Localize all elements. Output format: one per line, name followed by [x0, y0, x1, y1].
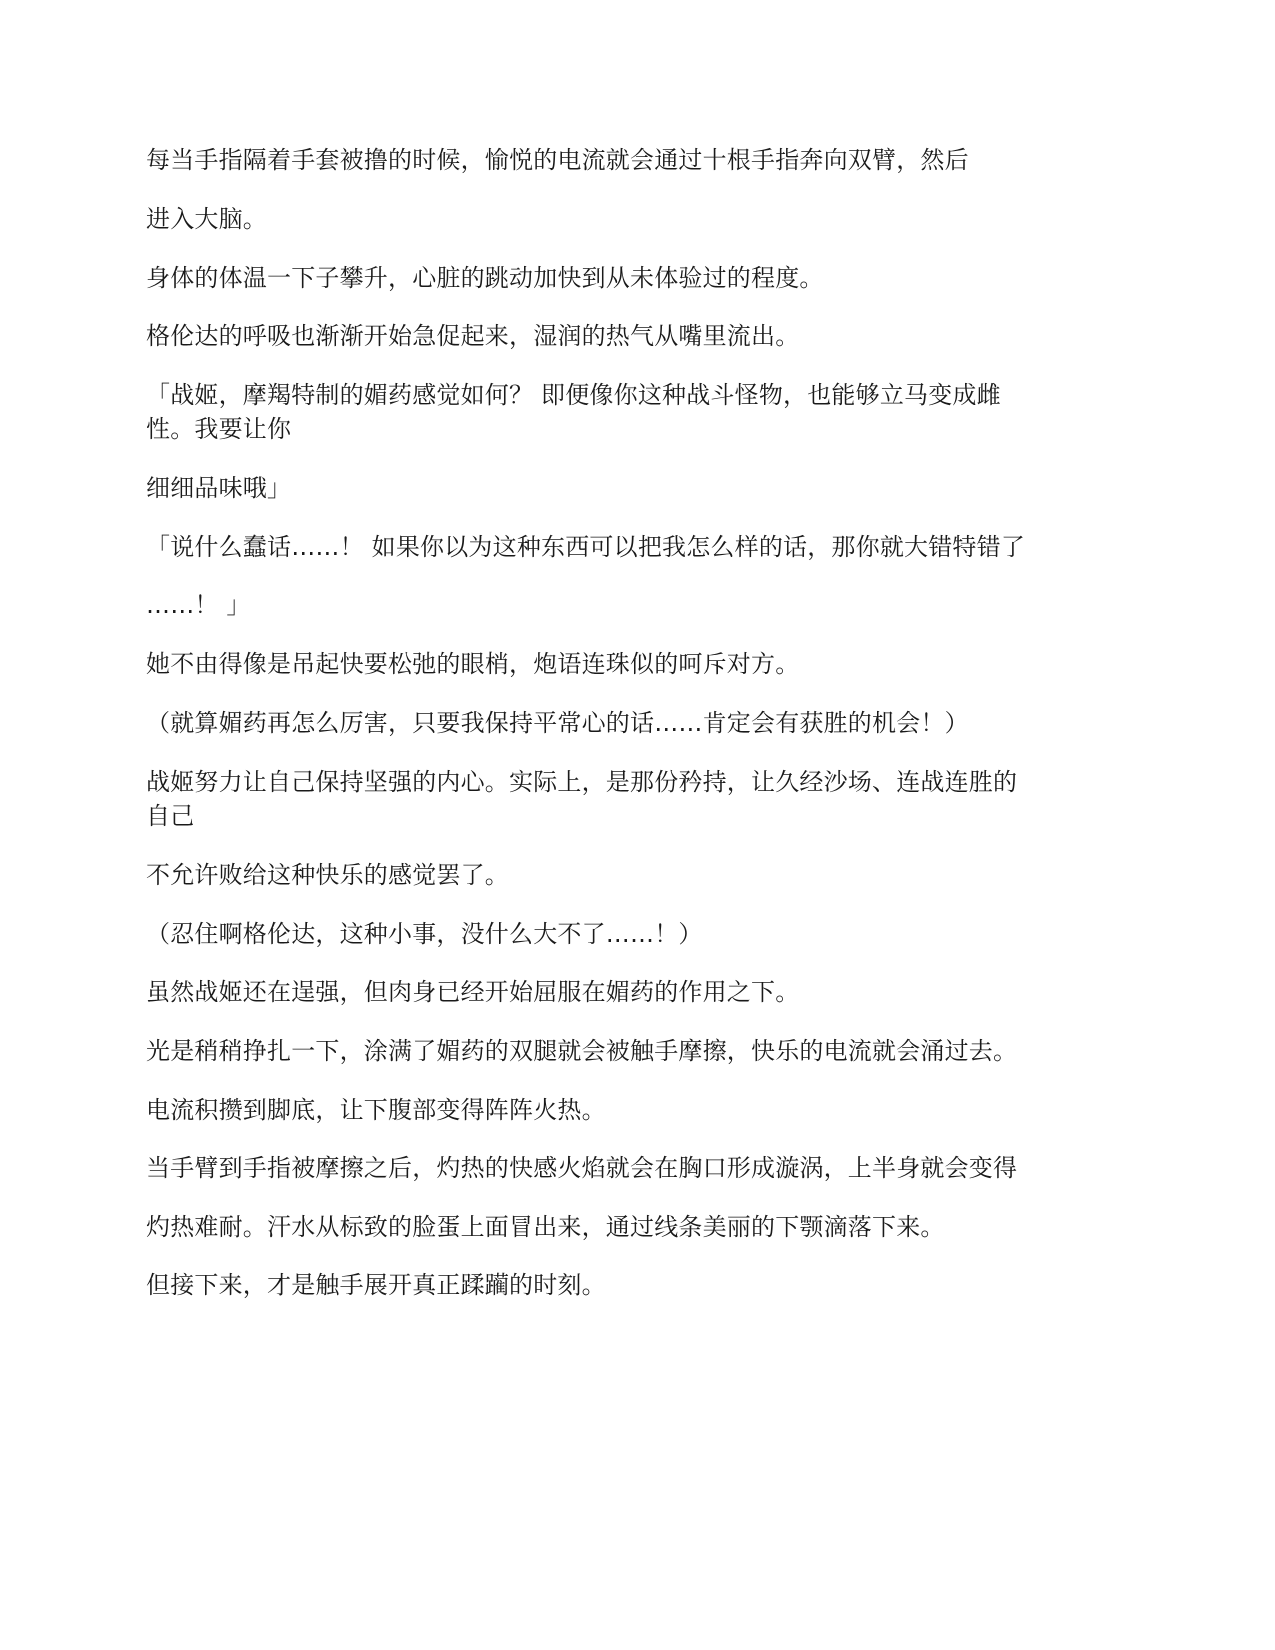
text-line: 但接下来，才是触手展开真正蹂躏的时刻。	[146, 1269, 606, 1301]
text-line: 虽然战姬还在逞强，但肉身已经开始屈服在媚药的作用之下。	[146, 976, 799, 1008]
text-line: 灼热难耐。汗水从标致的脸蛋上面冒出来，通过线条美丽的下颚滴落下来。	[146, 1211, 945, 1243]
text-line: 细细品味哦」	[146, 472, 291, 504]
text-line: 战姬努力让自己保持坚强的内心。实际上，是那份矜持，让久经沙场、连战连胜的	[146, 766, 1017, 798]
text-line: 每当手指隔着手套被撸的时候，愉悦的电流就会通过十根手指奔向双臂，然后	[146, 144, 969, 176]
text-line: 进入大脑。	[146, 203, 267, 235]
text-line: 当手臂到手指被摩擦之后，灼热的快感火焰就会在胸口形成漩涡，上半身就会变得	[146, 1152, 1017, 1184]
text-line: 性。我要让你	[146, 413, 291, 445]
text-line: 她不由得像是吊起快要松弛的眼梢，炮语连珠似的呵斥对方。	[146, 648, 799, 680]
text-line: 身体的体温一下子攀升，心脏的跳动加快到从未体验过的程度。	[146, 262, 824, 294]
document-page: 每当手指隔着手套被撸的时候，愉悦的电流就会通过十根手指奔向双臂，然后 进入大脑。…	[0, 0, 1275, 1650]
text-line: 不允许败给这种快乐的感觉罢了。	[146, 859, 509, 891]
text-line: 光是稍稍挣扎一下，涂满了媚药的双腿就会被触手摩擦，快乐的电流就会涌过去。	[146, 1035, 1017, 1067]
text-line: （就算媚药再怎么厉害，只要我保持平常心的话……肯定会有获胜的机会！）	[146, 707, 969, 739]
text-line: 「战姬，摩羯特制的媚药感觉如何？ 即便像你这种战斗怪物，也能够立马变成雌	[146, 379, 1001, 411]
text-line: （忍住啊格伦达，这种小事，没什么大不了……！）	[146, 918, 703, 950]
text-line: 自己	[146, 800, 194, 832]
text-line: 电流积攒到脚底，让下腹部变得阵阵火热。	[146, 1094, 606, 1126]
text-line: 「说什么蠢话……！ 如果你以为这种东西可以把我怎么样的话，那你就大错特错了	[146, 531, 1025, 563]
text-line: ……！ 」	[146, 589, 251, 621]
text-line: 格伦达的呼吸也渐渐开始急促起来，湿润的热气从嘴里流出。	[146, 320, 799, 352]
